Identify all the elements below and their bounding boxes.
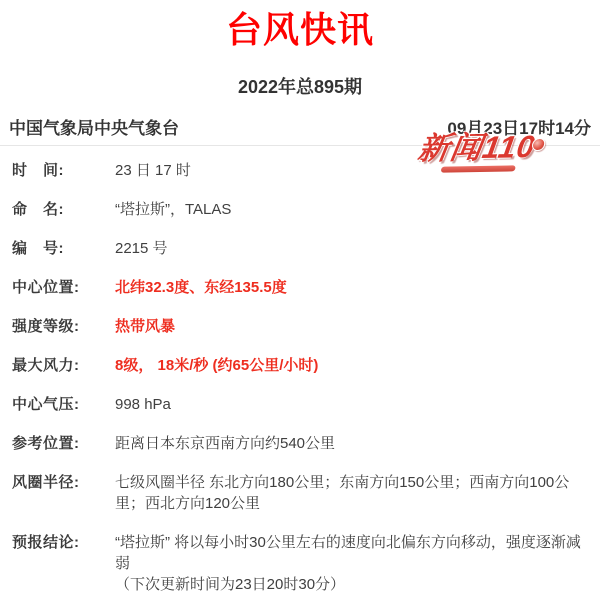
next-update-note: （下次更新时间为23日20时30分）: [115, 574, 590, 595]
row-forecast-conclusion: 预报结论: “塔拉斯” 将以每小时30公里左右的速度向北偏东方向移动，强度逐渐减…: [12, 532, 590, 595]
field-label: 中心位置:: [12, 277, 115, 298]
field-value: 热带风暴: [115, 316, 590, 337]
row-reference-position: 参考位置: 距离日本东京西南方向约540公里: [12, 433, 590, 454]
field-label: 时 间:: [12, 160, 115, 181]
issue-datetime: 09月23日17时14分: [447, 114, 591, 139]
agency-name: 中国气象局中央气象台: [9, 114, 179, 139]
field-value: “塔拉斯”，TALAS: [115, 199, 590, 220]
typhoon-info-table: 时 间: 23 日 17 时 命 名: “塔拉斯”，TALAS 编 号: 221…: [0, 146, 600, 595]
field-value: 998 hPa: [115, 394, 590, 415]
field-label: 命 名:: [12, 199, 115, 220]
field-label: 参考位置:: [12, 433, 115, 454]
page-title: 台风快讯: [0, 0, 600, 50]
field-value: “塔拉斯” 将以每小时30公里左右的速度向北偏东方向移动，强度逐渐减弱 （下次更…: [115, 532, 590, 595]
issue-number: 2022年总895期: [0, 77, 600, 98]
field-label: 强度等级:: [12, 316, 115, 337]
field-value: 北纬32.3度、东经135.5度: [115, 277, 590, 298]
row-intensity-level: 强度等级: 热带风暴: [12, 316, 590, 337]
row-center-position: 中心位置: 北纬32.3度、东经135.5度: [12, 277, 590, 298]
field-label: 风圈半径:: [12, 472, 115, 493]
row-time: 时 间: 23 日 17 时: [12, 160, 590, 181]
row-max-wind: 最大风力: 8级， 18米/秒 (约65公里/小时): [12, 355, 590, 376]
row-number: 编 号: 2215 号: [12, 238, 590, 259]
field-value: 七级风圈半径 东北方向180公里；东南方向150公里；西南方向100公里；西北方…: [115, 472, 590, 514]
field-label: 预报结论:: [12, 532, 115, 553]
field-value: 8级， 18米/秒 (约65公里/小时): [115, 355, 590, 376]
row-wind-circle-radius: 风圈半径: 七级风圈半径 东北方向180公里；东南方向150公里；西南方向100…: [12, 472, 590, 514]
field-value: 距离日本东京西南方向约540公里: [115, 433, 590, 454]
field-label: 最大风力:: [12, 355, 115, 376]
field-value: 23 日 17 时: [115, 160, 590, 181]
forecast-text: “塔拉斯” 将以每小时30公里左右的速度向北偏东方向移动，强度逐渐减弱: [115, 532, 590, 574]
row-center-pressure: 中心气压: 998 hPa: [12, 394, 590, 415]
row-name: 命 名: “塔拉斯”，TALAS: [12, 199, 590, 220]
bulletin-header: 中国气象局中央气象台 09月23日17时14分: [0, 114, 600, 146]
field-value: 2215 号: [115, 238, 590, 259]
field-label: 编 号:: [12, 238, 115, 259]
field-label: 中心气压:: [12, 394, 115, 415]
